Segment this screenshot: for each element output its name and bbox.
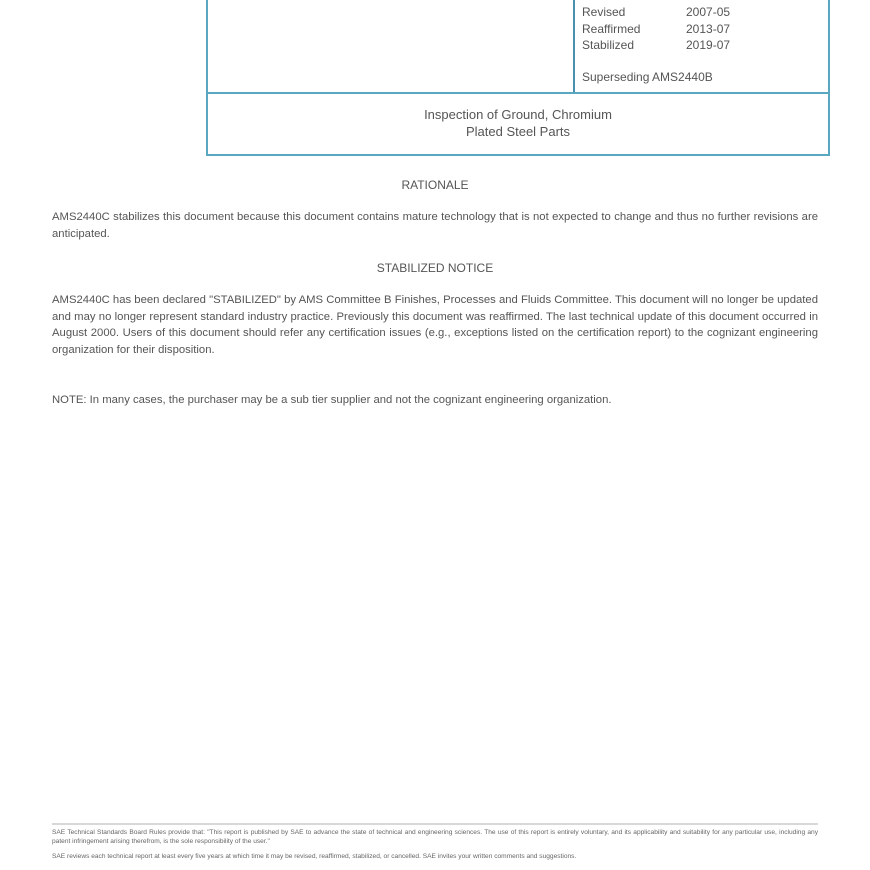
header-divider <box>573 0 575 92</box>
revision-dates: Revised 2007-05 Reaffirmed 2013-07 Stabi… <box>582 4 730 54</box>
date-value: 2007-05 <box>686 4 730 21</box>
date-label: Reaffirmed <box>582 21 686 38</box>
stabilized-note: NOTE: In many cases, the purchaser may b… <box>52 392 818 409</box>
stabilized-notice-text: AMS2440C has been declared "STABILIZED" … <box>52 292 818 358</box>
superseding-note: Superseding AMS2440B <box>582 70 713 84</box>
document-title: Inspection of Ground, Chromium Plated St… <box>208 106 828 140</box>
date-row-stabilized: Stabilized 2019-07 <box>582 37 730 54</box>
footer-divider <box>52 823 818 825</box>
rationale-text: AMS2440C stabilizes this document becaus… <box>52 209 818 242</box>
date-row-revised: Revised 2007-05 <box>582 4 730 21</box>
date-value: 2013-07 <box>686 21 730 38</box>
footer-review-text: SAE reviews each technical report at lea… <box>52 852 818 861</box>
rationale-heading: RATIONALE <box>0 178 870 192</box>
date-label: Revised <box>582 4 686 21</box>
title-line-1: Inspection of Ground, Chromium <box>208 106 828 123</box>
stabilized-notice-heading: STABILIZED NOTICE <box>0 261 870 275</box>
header-top-section: Revised 2007-05 Reaffirmed 2013-07 Stabi… <box>208 0 828 94</box>
date-row-reaffirmed: Reaffirmed 2013-07 <box>582 21 730 38</box>
footer-rules-text: SAE Technical Standards Board Rules prov… <box>52 828 818 846</box>
document-header-box: Revised 2007-05 Reaffirmed 2013-07 Stabi… <box>206 0 830 156</box>
title-line-2: Plated Steel Parts <box>208 123 828 140</box>
date-value: 2019-07 <box>686 37 730 54</box>
date-label: Stabilized <box>582 37 686 54</box>
